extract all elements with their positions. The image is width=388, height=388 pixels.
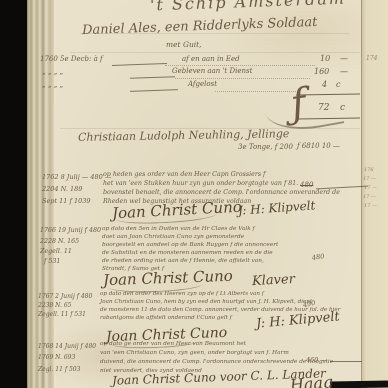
margin-note: Sept 11 f 1039 — [42, 198, 91, 205]
margin-note: Zegl. 11 f 503 — [38, 367, 80, 373]
entry-text-line: bovenstel benaelt, die annonceert de Com… — [103, 190, 340, 196]
entry-text-line: boorgestelt en aandeel op de Bank Ruygen… — [102, 243, 278, 249]
adjacent-note: 17 — — [363, 177, 376, 182]
entry-text-line: op dato den order des Heeren zyn op de f… — [100, 292, 264, 298]
margin-note: 2238 N. 65 — [38, 303, 72, 309]
margin-note: 1769 N. 693 — [38, 355, 75, 361]
entry-text-line: op dato ge order van den Heer van Beaumo… — [100, 342, 246, 348]
dash-stroke — [330, 361, 362, 362]
margin-note: 1768 14 Junij f 480 — [38, 344, 96, 350]
entry-text-line: op dato den 5en in Duiten van de Hr Clae… — [102, 227, 255, 233]
adjacent-note: 17 — — [363, 195, 376, 200]
entry-text-line: het van 'een Stukken huur zyn gun onder … — [103, 181, 298, 187]
margin-note: f 531 — [44, 259, 60, 265]
scanned-ledger-photo: 't Schip Amsterdam Daniel Ales, een Ridd… — [0, 0, 388, 388]
signature: Klaver — [252, 273, 295, 288]
entry-text-line: Joan Christiaan Cuno, hem by zyn eed den… — [100, 300, 312, 306]
entry-amount: 160 — [314, 68, 329, 76]
adjacent-note: 17 — — [364, 204, 377, 209]
dot-leader — [165, 65, 315, 66]
entry-text-line: van 'een Christiaan Cuno, zyn geen, onde… — [100, 351, 289, 357]
struck-amount: 480 — [300, 182, 313, 189]
entry-date-ditto: „ „ „ „ — [42, 69, 63, 76]
entry-text-line: de rheden ording niet aan de f Hennie, d… — [102, 259, 264, 265]
margin-note: Zegell. 11 — [40, 249, 72, 255]
entry-amount-suffix: c — [336, 81, 340, 89]
margin-note: 2228 N. 165 — [40, 239, 79, 245]
entry-text-line: daet aan Joan Christiaan Cuno zyn gemons… — [102, 235, 244, 241]
entry-text-line: rabantgoms die affstelt onderand t'Cuno … — [100, 316, 232, 322]
margin-note: 1766 19 Junij f 480 — [40, 228, 101, 234]
entry-text-line: duivend, die annonceert de Comp. l'ordon… — [100, 360, 333, 366]
signature: Haag — [289, 374, 334, 388]
entry-amount: 10 — [320, 55, 330, 63]
adjacent-note: 17 — — [364, 186, 377, 191]
scan-shadow-corner — [330, 380, 388, 388]
margin-amount: 480 — [312, 253, 325, 261]
margin-note: 2204 N. 189 — [42, 186, 82, 193]
entry-amount: 4 — [322, 81, 327, 89]
margin-note: Zegell. 11 f 531 — [38, 312, 86, 318]
entry-description: af en aan in Eed — [182, 56, 240, 63]
ruling-line — [70, 52, 360, 53]
margin-note: 1762 8 Julij — 480 — — [42, 174, 111, 181]
entry-text-line: op heden ges order van den Heer Capn Gro… — [103, 172, 265, 178]
entry-date-ditto: „ „ „ „ — [42, 82, 63, 89]
dot-leader — [215, 91, 300, 92]
margin-note: 1767 2 Junij f 480 — [38, 294, 92, 300]
account-amount: ƒ 6810 10 — — [297, 143, 340, 150]
account-heading: Christiaan Ludolph Neuhling, Jellinge — [78, 128, 289, 143]
entry-description: Gebleven aan 't Dienst — [172, 68, 252, 75]
dot-leader — [175, 78, 310, 79]
entry-date: 1760 5e Decb: à f — [40, 56, 103, 63]
adjacent-note: 176 — [364, 168, 374, 173]
account-subheading: 3e Tonge, f 200 — [238, 144, 293, 151]
entry-amount-suffix: — — [340, 68, 348, 76]
entry-text-line: de Substitut en de monsteren aannemen re… — [102, 251, 273, 257]
entry-description: Afgelost — [188, 81, 217, 88]
entry-amount-suffix: — — [340, 55, 348, 63]
margin-amount: 460 — — [306, 357, 327, 364]
adjacent-folio-number: 174 — [366, 56, 377, 62]
account-holder-sub: met Guit, — [166, 41, 202, 49]
